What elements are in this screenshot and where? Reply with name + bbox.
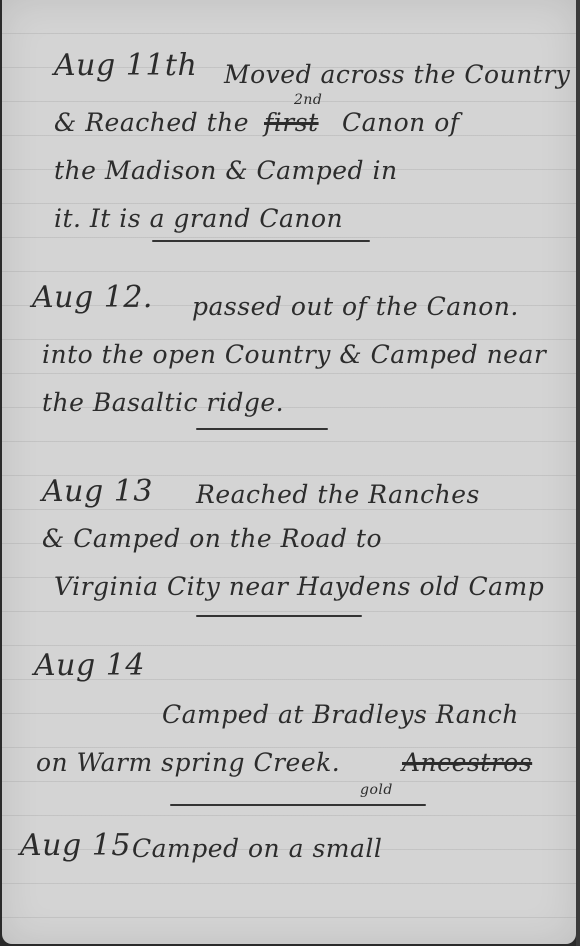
entry-text-line: & Camped on the Road to [42, 524, 382, 553]
entry-text-line: the Basaltic ridge. [42, 388, 284, 417]
entry-date-aug-12: Aug 12. [32, 280, 153, 315]
entry-text-line: the Madison & Camped in [54, 156, 398, 185]
entry-date-aug-13: Aug 13 [42, 474, 153, 509]
entry-date-aug-14: Aug 14 [34, 648, 145, 683]
entry-text-line: Reached the Ranches [196, 480, 480, 509]
entry-text-line: Camped at Bradleys Ranch [162, 700, 519, 729]
entry-text-line: Virginia City near Haydens old Camp [54, 572, 544, 601]
struck-word: Ancestros [402, 748, 532, 777]
inserted-word: gold [360, 782, 393, 798]
page-edge [576, 0, 580, 946]
entry-text-line: Camped on a small [132, 834, 382, 863]
underline [196, 615, 362, 617]
underline [170, 804, 426, 806]
entry-text-line: Canon of [342, 108, 460, 137]
entry-date-aug-11: Aug 11th [54, 48, 197, 83]
entry-text-line: Moved across the Country [224, 60, 570, 89]
journal-page: Aug 11th Moved across the Country & Reac… [2, 0, 576, 944]
struck-word: first [264, 108, 319, 137]
underline [196, 428, 328, 430]
entry-text-line: passed out of the Canon. [192, 292, 519, 321]
entry-text-line: into the open Country & Camped near [42, 340, 546, 369]
entry-text-line: it. It is a grand Canon [54, 204, 343, 233]
entry-text-line: on Warm spring Creek. [36, 748, 340, 777]
underline [152, 240, 370, 242]
entry-text-line: & Reached the [54, 108, 249, 137]
entry-date-aug-15: Aug 15 [20, 828, 131, 863]
inserted-word: 2nd [294, 92, 322, 108]
